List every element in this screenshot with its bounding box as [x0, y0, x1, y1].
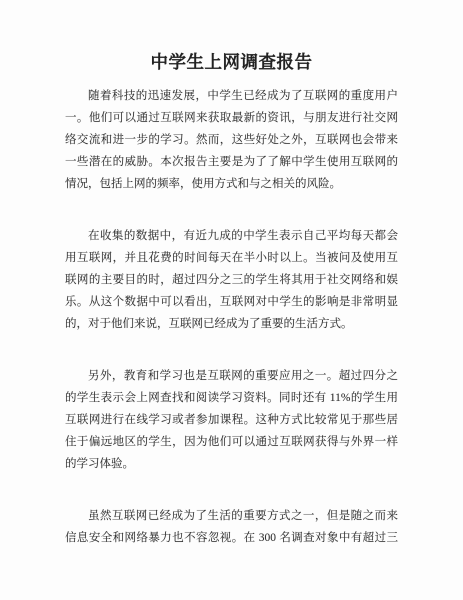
- text-line: 一些潜在的威胁。本次报告主要是为了了解中学生使用互联网的: [65, 151, 398, 173]
- text-line: 另外，教育和学习也是互联网的重要应用之一。超过四分之一: [65, 365, 398, 387]
- paragraph-education: 另外，教育和学习也是互联网的重要应用之一。超过四分之一 的学生表示会上网查找和阅…: [65, 365, 398, 475]
- text-line: 的，对于他们来说，互联网已经成为了重要的生活方式。: [65, 313, 398, 335]
- text-line: 随着科技的迅速发展，中学生已经成为了互联网的重度用户之: [65, 85, 398, 107]
- text-line: 联网的主要目的时，超过四分之三的学生将其用于社交网络和娱: [65, 269, 398, 291]
- document-title: 中学生上网调查报告: [65, 49, 398, 75]
- text-line: 虽然互联网已经成为了生活的重要方式之一，但是随之而来的: [65, 505, 398, 527]
- document-body: 随着科技的迅速发展，中学生已经成为了互联网的重度用户之 一。他们可以通过互联网来…: [65, 85, 398, 549]
- text-line: 互联网进行在线学习或者参加课程。这种方式比较常见于那些居: [65, 409, 398, 431]
- text-line: 一。他们可以通过互联网来获取最新的资讯，与朋友进行社交网: [65, 107, 398, 129]
- text-line: 情况，包括上网的频率，使用方式和与之相关的风险。: [65, 173, 398, 195]
- paragraph-intro: 随着科技的迅速发展，中学生已经成为了互联网的重度用户之 一。他们可以通过互联网来…: [65, 85, 398, 195]
- document-page: 中学生上网调查报告 随着科技的迅速发展，中学生已经成为了互联网的重度用户之 一。…: [0, 0, 463, 600]
- text-line: 乐。从这个数据中可以看出，互联网对中学生的影响是非常明显: [65, 291, 398, 313]
- paragraph-usage-data: 在收集的数据中，有近九成的中学生表示自己平均每天都会使 用互联网，并且花费的时间…: [65, 225, 398, 335]
- text-line: 络交流和进一步的学习。然而，这些好处之外，互联网也会带来: [65, 129, 398, 151]
- text-line: 信息安全和网络暴力也不容忽视。在 300 名调查对象中有超过三: [65, 527, 398, 549]
- text-line: 用互联网，并且花费的时间每天在半小时以上。当被问及使用互: [65, 247, 398, 269]
- paragraph-risks: 虽然互联网已经成为了生活的重要方式之一，但是随之而来的 信息安全和网络暴力也不容…: [65, 505, 398, 549]
- text-line: 的学习体验。: [65, 453, 398, 475]
- text-line: 的学生表示会上网查找和阅读学习资料。同时还有 11%的学生用: [65, 387, 398, 409]
- text-line: 在收集的数据中，有近九成的中学生表示自己平均每天都会使: [65, 225, 398, 247]
- text-line: 住于偏远地区的学生，因为他们可以通过互联网获得与外界一样: [65, 431, 398, 453]
